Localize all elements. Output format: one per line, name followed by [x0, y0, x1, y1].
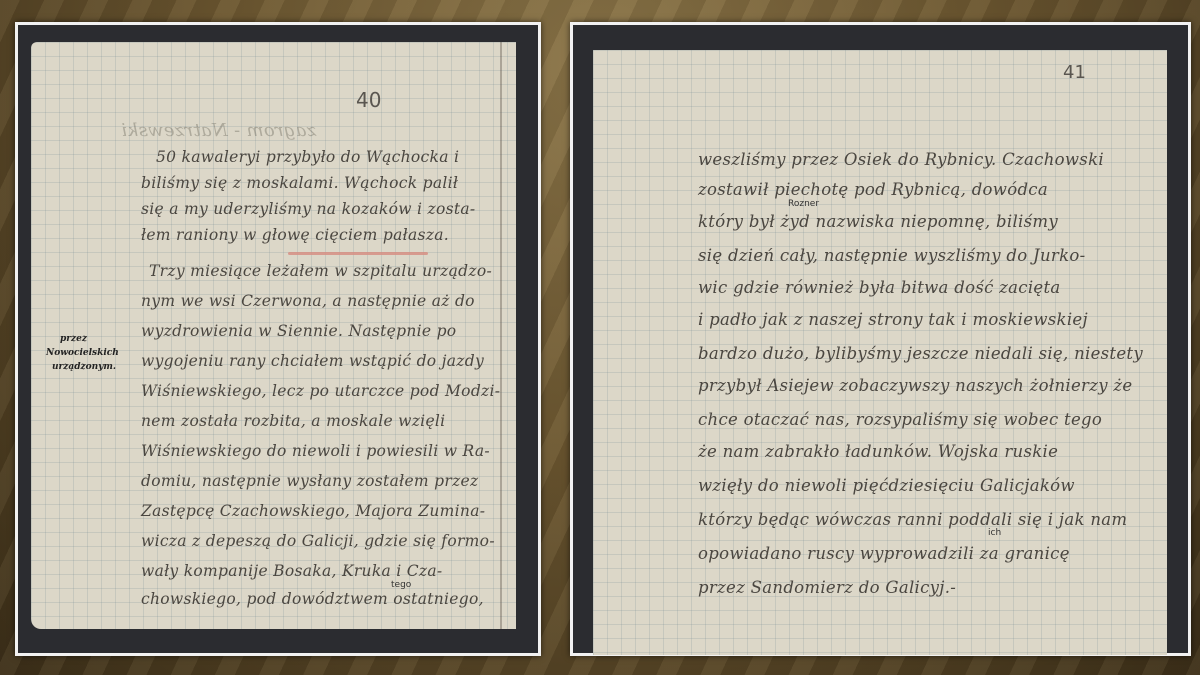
margin-note-line: przez — [46, 332, 119, 346]
bleed-through-text: zagrom - Natrzewski — [121, 120, 316, 141]
right-page-frame: 41 weszliśmy przez Osiek do Rybnicy. Cza… — [570, 22, 1191, 656]
insertion-note: ich — [988, 528, 1001, 538]
manuscript-line: Zastępcę Czachowskiego, Majora Zumina- — [141, 502, 485, 520]
left-page-frame: 40 zagrom - Natrzewski 50 kawaleryi przy… — [15, 22, 541, 656]
margin-annotation: przez Nowocielskich urządzonym. — [46, 332, 119, 374]
manuscript-line: chce otaczać nas, rozsypaliśmy się wobec… — [698, 410, 1102, 429]
right-manuscript-page: 41 weszliśmy przez Osiek do Rybnicy. Cza… — [593, 50, 1167, 655]
red-underline — [288, 252, 428, 255]
margin-note-line: Nowocielskich — [46, 346, 119, 360]
manuscript-line: który był żyd nazwiska niepomnę, biliśmy — [698, 212, 1058, 231]
manuscript-line: przybył Asiejew zobaczywszy naszych żołn… — [698, 376, 1132, 395]
margin-note-line: urządzonym. — [46, 360, 119, 374]
left-manuscript-page: 40 zagrom - Natrzewski 50 kawaleryi przy… — [31, 42, 516, 629]
manuscript-line: się dzień cały, następnie wyszliśmy do J… — [698, 246, 1086, 265]
manuscript-line: zostawił piechotę pod Rybnicą, dowódca — [698, 180, 1048, 199]
manuscript-line: weszliśmy przez Osiek do Rybnicy. Czacho… — [698, 150, 1104, 169]
manuscript-line: nym we wsi Czerwona, a następnie aż do — [141, 292, 475, 310]
manuscript-line: wicza z depeszą do Galicji, gdzie się fo… — [141, 532, 495, 550]
manuscript-line: wic gdzie również była bitwa dość zacięt… — [698, 278, 1061, 297]
manuscript-line: bardzo dużo, bylibyśmy jeszcze niedali s… — [698, 344, 1143, 363]
manuscript-line: opowiadano ruscy wyprowadzili za granicę — [698, 544, 1070, 563]
manuscript-line: się a my uderzyliśmy na kozaków i zosta- — [141, 200, 475, 218]
page-number: 40 — [356, 88, 381, 112]
manuscript-line: którzy będąc wówczas ranni poddali się i… — [698, 510, 1127, 529]
manuscript-line: nem została rozbita, a moskale wzięli — [141, 412, 445, 430]
manuscript-line: i padło jak z naszej strony tak i moskie… — [698, 310, 1088, 329]
page-number: 41 — [1063, 62, 1086, 83]
manuscript-line: Wiśniewskiego do niewoli i powiesili w R… — [141, 442, 490, 460]
manuscript-line: Wiśniewskiego, lecz po utarczce pod Modz… — [141, 382, 500, 400]
manuscript-line: że nam zabrakło ładunków. Wojska ruskie — [698, 442, 1058, 461]
manuscript-line: Trzy miesiące leżałem w szpitalu urządzo… — [149, 262, 492, 280]
manuscript-line: domiu, następnie wysłany zostałem przez — [141, 472, 478, 490]
manuscript-line: 50 kawaleryi przybyło do Wąchocka i — [156, 148, 459, 166]
page-edge-line — [500, 42, 502, 629]
manuscript-line: wyzdrowienia w Siennie. Następnie po — [141, 322, 456, 340]
insertion-note: tego — [391, 580, 411, 590]
manuscript-line: wały kompanije Bosaka, Kruka i Cza- — [141, 562, 442, 580]
manuscript-line: przez Sandomierz do Galicyj.- — [698, 578, 956, 597]
manuscript-line: wygojeniu rany chciałem wstąpić do jazdy — [141, 352, 484, 370]
manuscript-line: chowskiego, pod dowództwem ostatniego, — [141, 590, 484, 608]
manuscript-line: wzięły do niewoli pięćdziesięciu Galicja… — [698, 476, 1075, 495]
manuscript-line: łem raniony w głowę cięciem pałasza. — [141, 226, 449, 244]
manuscript-line: biliśmy się z moskalami. Wąchock palił — [141, 174, 458, 192]
insertion-note: Rozner — [788, 199, 819, 209]
